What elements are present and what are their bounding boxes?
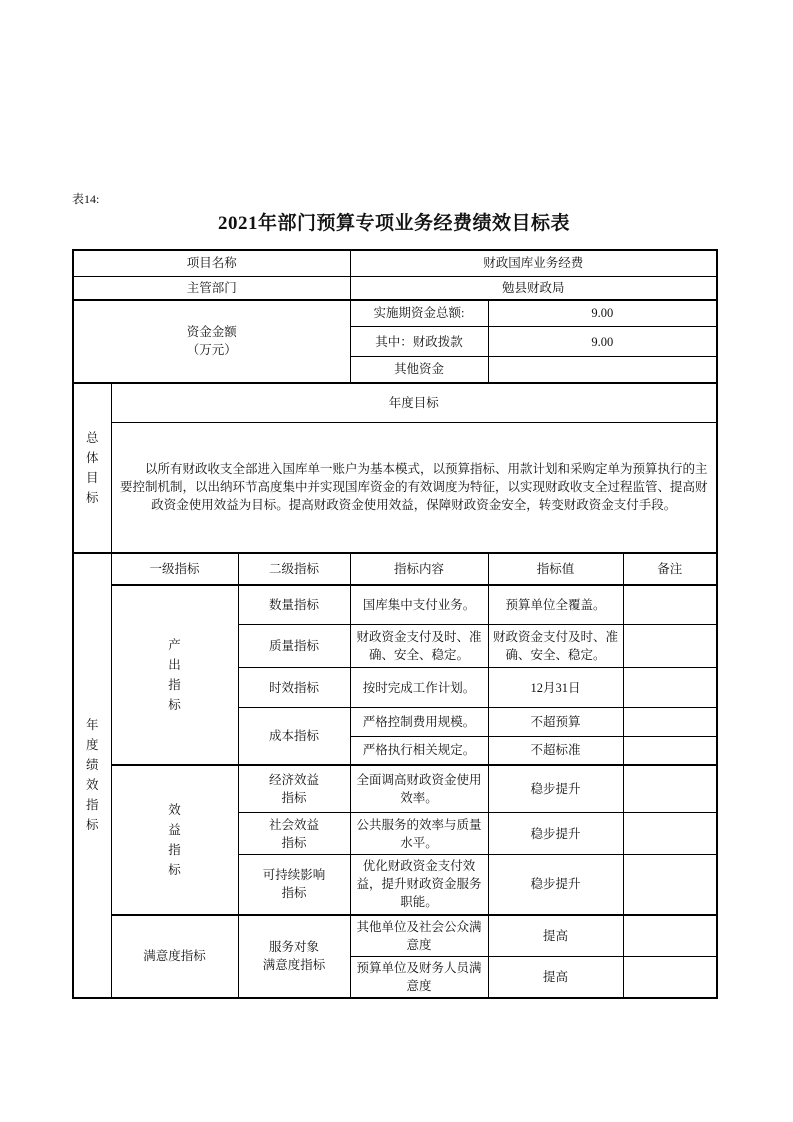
funds-total-label-cell: 实施期资金总额: bbox=[350, 300, 488, 327]
performance-target-table: 项目名称 财政国库业务经费 主管部门 勉县财政局 资金金额 （万元） 实施期资金… bbox=[72, 249, 718, 999]
header-value-cell: 指标值 bbox=[488, 553, 623, 585]
value-cell: 提高 bbox=[488, 915, 623, 957]
department-label-cell: 主管部门 bbox=[73, 276, 350, 300]
note-cell bbox=[623, 855, 717, 915]
value-cell: 稳步提升 bbox=[488, 813, 623, 855]
level2-cell: 时效指标 bbox=[238, 668, 350, 708]
content-cell: 按时完成工作计划。 bbox=[350, 668, 488, 708]
note-cell bbox=[623, 708, 717, 737]
header-level2-cell: 二级指标 bbox=[238, 553, 350, 585]
content-cell: 预算单位及财务人员满意度 bbox=[350, 956, 488, 998]
annual-performance-side-label: 年度绩效指标 bbox=[85, 715, 99, 835]
project-name-label-cell: 项目名称 bbox=[73, 250, 350, 276]
value-cell: 稳步提升 bbox=[488, 855, 623, 915]
value-cell: 稳步提升 bbox=[488, 765, 623, 813]
content-cell: 全面调高财政资金使用效率。 bbox=[350, 765, 488, 813]
content-cell: 公共服务的效率与质量水平。 bbox=[350, 813, 488, 855]
funds-fiscal-label-cell: 其中：财政拨款 bbox=[350, 327, 488, 357]
level1-benefit-label: 效益指标 bbox=[168, 800, 182, 880]
level2-cell: 质量指标 bbox=[238, 625, 350, 668]
header-level1-cell: 一级指标 bbox=[111, 553, 238, 585]
content-cell: 财政资金支付及时、准确、安全、稳定。 bbox=[350, 625, 488, 668]
level2-cell: 可持续影响 指标 bbox=[238, 855, 350, 915]
department-row: 主管部门 勉县财政局 bbox=[73, 276, 717, 300]
overall-goal-side-cell: 总体目标 bbox=[73, 383, 111, 553]
funds-amount-label-cell: 资金金额 （万元） bbox=[73, 300, 350, 383]
value-cell: 12月31日 bbox=[488, 668, 623, 708]
level2-cell: 数量指标 bbox=[238, 585, 350, 625]
indicator-row: 满意度指标 服务对象 满意度指标 其他单位及社会公众满意度 提高 bbox=[73, 915, 717, 957]
content-cell: 严格控制费用规模。 bbox=[350, 708, 488, 737]
level1-satisfaction-cell: 满意度指标 bbox=[111, 915, 238, 999]
value-cell: 提高 bbox=[488, 956, 623, 998]
note-cell bbox=[623, 585, 717, 625]
value-cell: 财政资金支付及时、准确、安全、稳定。 bbox=[488, 625, 623, 668]
level2-cell: 经济效益 指标 bbox=[238, 765, 350, 813]
indicator-header-row: 年度绩效指标 一级指标 二级指标 指标内容 指标值 备注 bbox=[73, 553, 717, 585]
funds-other-label-cell: 其他资金 bbox=[350, 357, 488, 383]
note-cell bbox=[623, 915, 717, 957]
project-name-row: 项目名称 财政国库业务经费 bbox=[73, 250, 717, 276]
note-cell bbox=[623, 737, 717, 765]
value-cell: 不超预算 bbox=[488, 708, 623, 737]
level1-output-label: 产出指标 bbox=[168, 635, 182, 715]
note-cell bbox=[623, 668, 717, 708]
note-cell bbox=[623, 765, 717, 813]
funds-total-value-cell: 9.00 bbox=[488, 300, 717, 327]
level1-benefit-cell: 效益指标 bbox=[111, 765, 238, 915]
document-title: 2021年部门预算专项业务经费绩效目标表 bbox=[72, 211, 716, 236]
indicator-row: 产出指标 数量指标 国库集中支付业务。 预算单位全覆盖。 bbox=[73, 585, 717, 625]
document-page: 表14: 2021年部门预算专项业务经费绩效目标表 项目名称 财政国库业务经费 … bbox=[0, 0, 793, 1122]
project-name-value-cell: 财政国库业务经费 bbox=[350, 250, 717, 276]
overall-goal-header-row: 总体目标 年度目标 bbox=[73, 383, 717, 423]
level1-output-cell: 产出指标 bbox=[111, 585, 238, 765]
header-content-cell: 指标内容 bbox=[350, 553, 488, 585]
overall-goal-side-label: 总体目标 bbox=[85, 428, 99, 508]
value-cell: 不超标准 bbox=[488, 737, 623, 765]
department-value-cell: 勉县财政局 bbox=[350, 276, 717, 300]
content-cell: 优化财政资金支付效益，提升财政资金服务职能。 bbox=[350, 855, 488, 915]
funds-fiscal-value-cell: 9.00 bbox=[488, 327, 717, 357]
level2-cell: 服务对象 满意度指标 bbox=[238, 915, 350, 999]
table-number-label: 表14: bbox=[72, 192, 716, 206]
annual-goal-body-cell: 以所有财政收支全部进入国库单一账户为基本模式，以预算指标、用款计划和采购定单为预… bbox=[111, 423, 717, 553]
header-note-cell: 备注 bbox=[623, 553, 717, 585]
content-cell: 严格执行相关规定。 bbox=[350, 737, 488, 765]
note-cell bbox=[623, 956, 717, 998]
note-cell bbox=[623, 625, 717, 668]
annual-performance-side-cell: 年度绩效指标 bbox=[73, 553, 111, 998]
funds-other-value-cell bbox=[488, 357, 717, 383]
note-cell bbox=[623, 813, 717, 855]
level2-cell: 成本指标 bbox=[238, 708, 350, 765]
annual-goal-header-cell: 年度目标 bbox=[111, 383, 717, 423]
content-cell: 国库集中支付业务。 bbox=[350, 585, 488, 625]
overall-goal-body-row: 以所有财政收支全部进入国库单一账户为基本模式，以预算指标、用款计划和采购定单为预… bbox=[73, 423, 717, 553]
value-cell: 预算单位全覆盖。 bbox=[488, 585, 623, 625]
content-cell: 其他单位及社会公众满意度 bbox=[350, 915, 488, 957]
document-content: 表14: 2021年部门预算专项业务经费绩效目标表 项目名称 财政国库业务经费 … bbox=[72, 192, 716, 999]
annual-goal-paragraph: 以所有财政收支全部进入国库单一账户为基本模式，以预算指标、用款计划和采购定单为预… bbox=[116, 460, 713, 514]
funds-row-total: 资金金额 （万元） 实施期资金总额: 9.00 bbox=[73, 300, 717, 327]
indicator-row: 效益指标 经济效益 指标 全面调高财政资金使用效率。 稳步提升 bbox=[73, 765, 717, 813]
level2-cell: 社会效益 指标 bbox=[238, 813, 350, 855]
